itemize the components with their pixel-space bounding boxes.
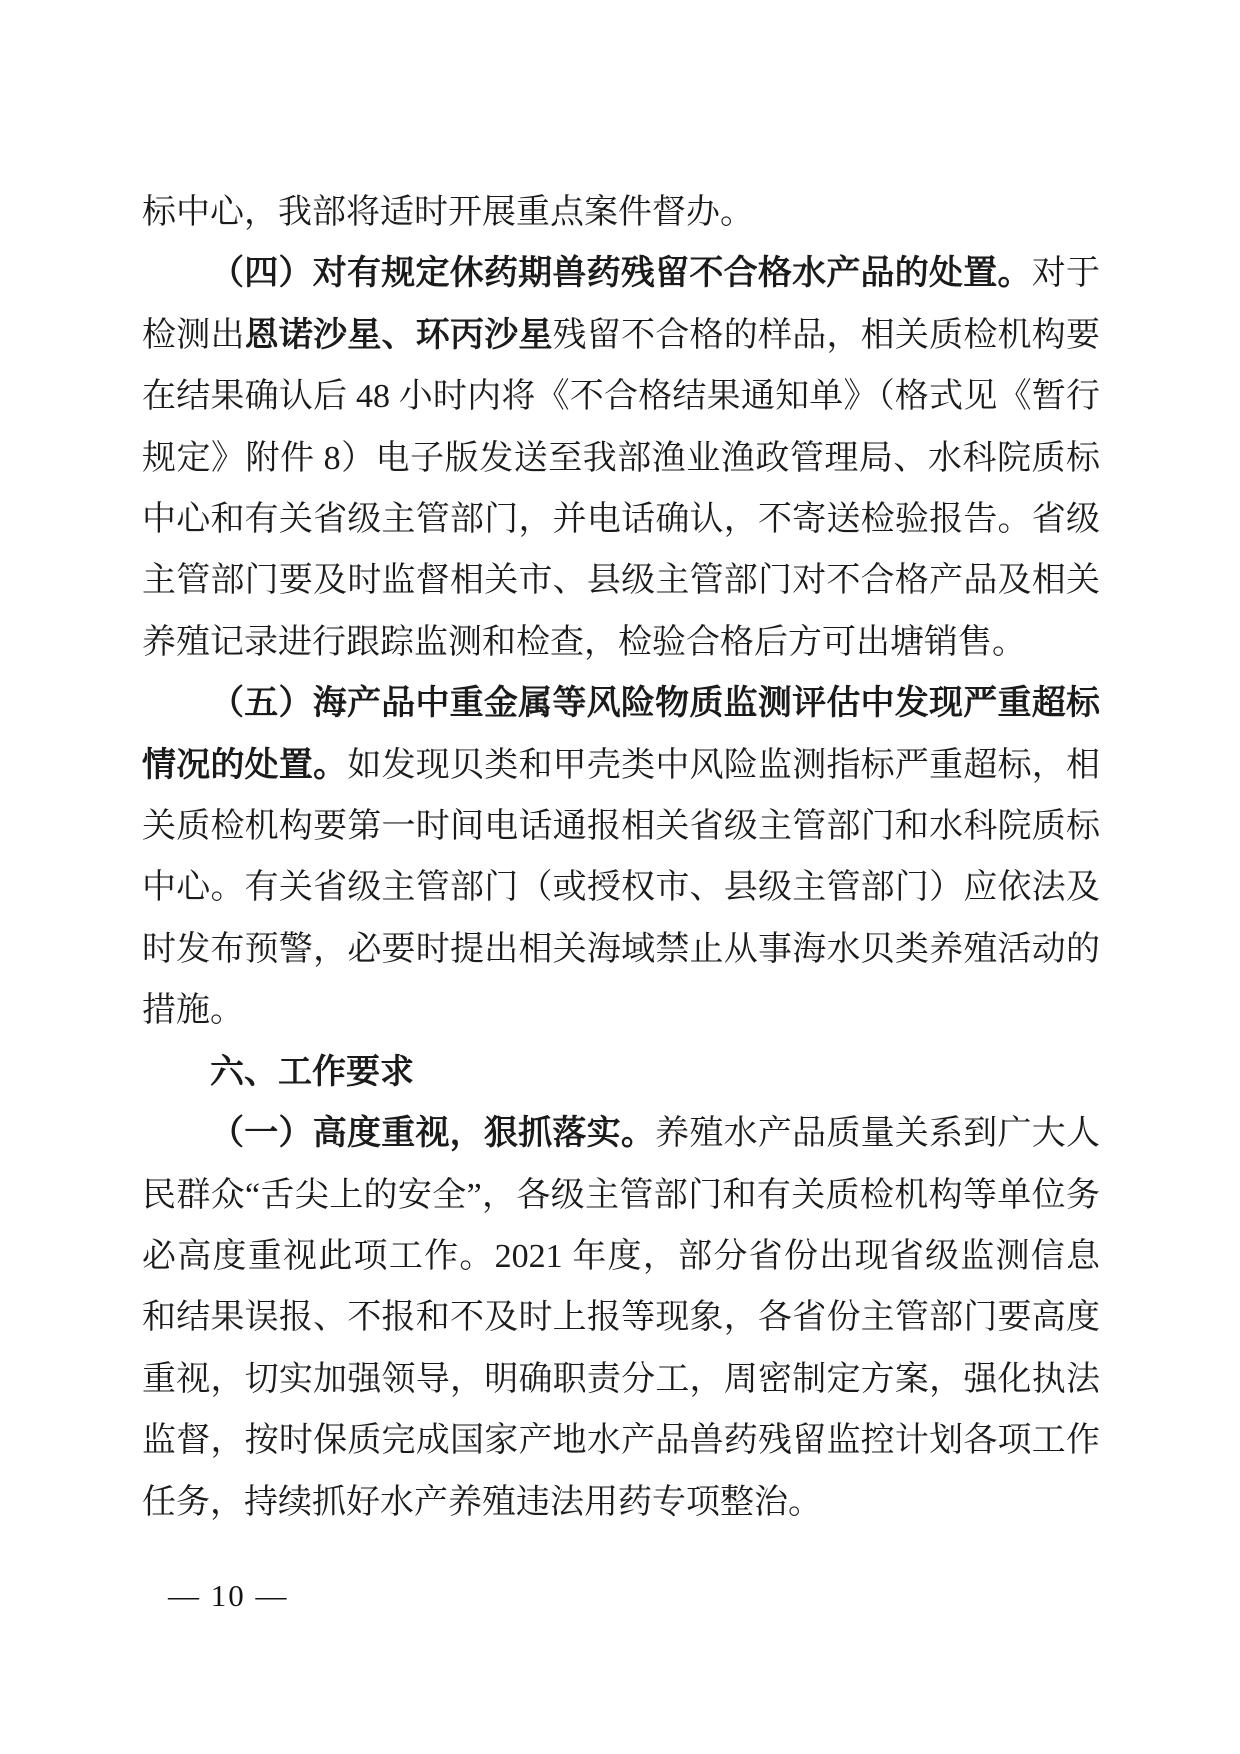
bold-text-segment: 六、工作要求 [210, 1054, 414, 1091]
document-body: 标中心，我部将适时开展重点案件督办。（四）对有规定休药期兽药残留不合格水产品的处… [142, 182, 1100, 1533]
bold-text-segment: （四）对有规定休药期兽药残留不合格水产品的处置。 [210, 255, 1032, 292]
document-page: 标中心，我部将适时开展重点案件督办。（四）对有规定休药期兽药残留不合格水产品的处… [0, 0, 1240, 1754]
bold-text-segment: 恩诺沙星、环丙沙星 [245, 317, 553, 354]
page-footer: — 10 — [168, 1578, 289, 1614]
text-segment: 养殖水产品质量关系到广大人民群众“舌尖上的安全”，各级主管部门和有关质检机构等单… [142, 1115, 1100, 1520]
paragraph-item-1: （一）高度重视，狠抓落实。养殖水产品质量关系到广大人民群众“舌尖上的安全”，各级… [142, 1103, 1100, 1533]
text-segment: 标中心，我部将适时开展重点案件督办。 [142, 194, 754, 231]
bold-text-segment: （一）高度重视，狠抓落实。 [210, 1115, 655, 1152]
paragraph-item-5: （五）海产品中重金属等风险物质监测评估中发现严重超标情况的处置。如发现贝类和甲壳… [142, 673, 1100, 1041]
paragraph-item-4: （四）对有规定休药期兽药残留不合格水产品的处置。对于检测出恩诺沙星、环丙沙星残留… [142, 243, 1100, 673]
text-segment: 如发现贝类和甲壳类中风险监测指标严重超标，相关质检机构要第一时间电话通报相关省级… [142, 747, 1100, 1030]
text-segment: 残留不合格的样品，相关质检机构要在结果确认后 48 小时内将《不合格结果通知单》… [142, 317, 1100, 661]
paragraph-continuation: 标中心，我部将适时开展重点案件督办。 [142, 182, 1100, 243]
section-heading-6: 六、工作要求 [142, 1042, 1100, 1103]
page-number: — 10 — [168, 1578, 289, 1613]
